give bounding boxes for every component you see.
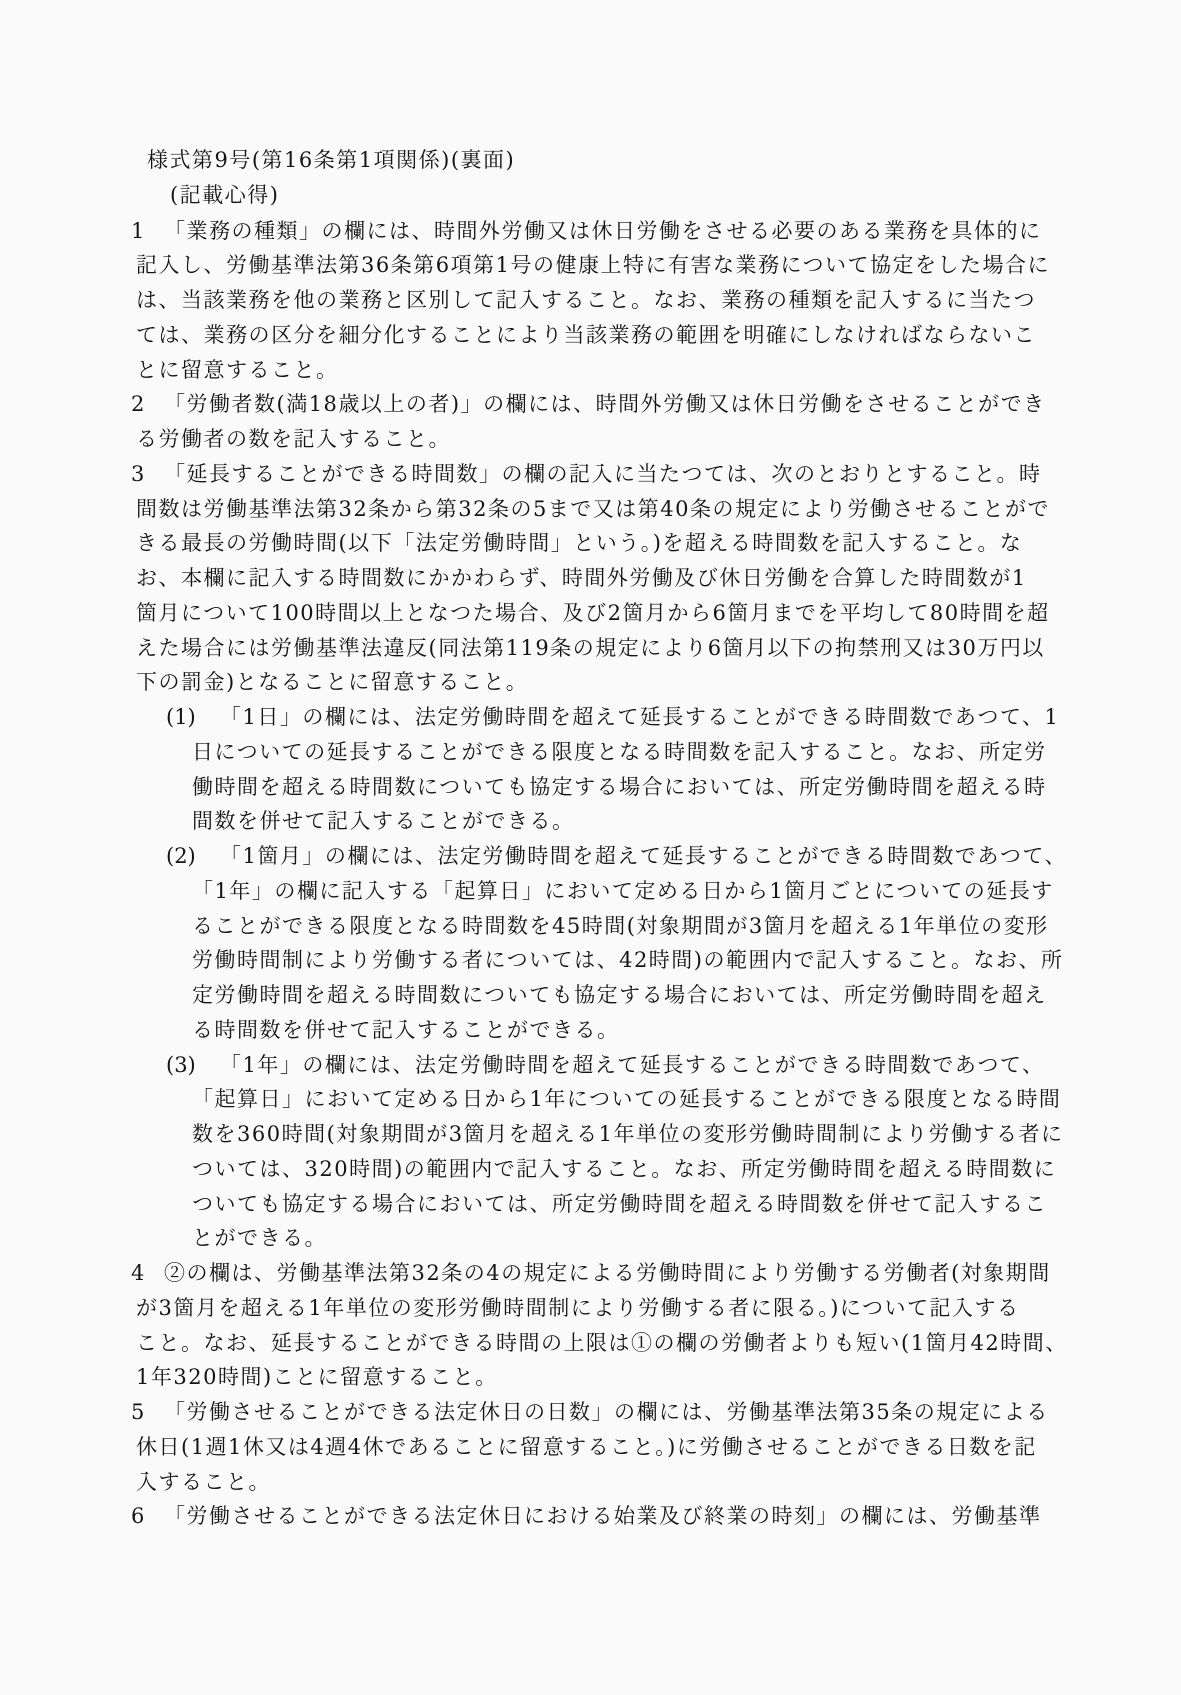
list-item-line: 数を360時間(対象期間が3箇月を超える1年単位の変形労働時間制により労働する者… xyxy=(192,1117,1145,1152)
notes-heading: (記載心得) xyxy=(170,178,1145,213)
list-item-line: 働時間を超える時間数についても協定する場合においては、所定労働時間を超える時 xyxy=(192,770,1145,805)
item-text: 「業務の種類」の欄には、時間外労働又は休日労働をさせる必要のある業務を具体的に xyxy=(164,219,1042,243)
list-item-line: 1年320時間)ことに留意すること。 xyxy=(136,1360,1145,1395)
list-item: (1)「1日」の欄には、法定労働時間を超えて延長することができる時間数であつて、… xyxy=(166,700,1145,735)
item-text: 「労働させることができる法定休日の日数」の欄には、労働基準法第35条の規定による xyxy=(164,1400,1049,1424)
item-marker: 3 xyxy=(131,457,164,492)
item-text: 「労働者数(満18歳以上の者)」の欄には、時間外労働又は休日労働をさせることがで… xyxy=(164,392,1046,416)
list-item: 6「労働させることができる法定休日における始業及び終業の時刻」の欄には、労働基準 xyxy=(131,1499,1145,1534)
list-item-line: お、本欄に記入する時間数にかかわらず、時間外労働及び休日労働を合算した時間数が1 xyxy=(136,561,1145,596)
list-item-line: 休日(1週1休又は4週4休であることに留意すること。)に労働させることができる日… xyxy=(136,1430,1145,1465)
item-marker: 5 xyxy=(131,1395,164,1430)
list-item-line: 入すること。 xyxy=(136,1465,1145,1500)
item-marker: 2 xyxy=(131,387,164,422)
item-text: ②の欄は、労働基準法第32条の4の規定による労働時間により労働する労働者(対象期… xyxy=(164,1261,1051,1285)
list-item: 5「労働させることができる法定休日の日数」の欄には、労働基準法第35条の規定によ… xyxy=(131,1395,1145,1430)
list-item: 3「延長することができる時間数」の欄の記入に当たつては、次のとおりとすること。時 xyxy=(131,457,1145,492)
item-marker: (2) xyxy=(166,839,220,874)
list-item-line: ついては、320時間)の範囲内で記入すること。なお、所定労働時間を超える時間数に xyxy=(192,1152,1145,1187)
list-item-line: 定労働時間を超える時間数についても協定する場合においては、所定労働時間を超え xyxy=(192,978,1145,1013)
item-text: 「1箇月」の欄には、法定労働時間を超えて延長することができる時間数であつて、 xyxy=(220,844,1067,868)
list-item: (3)「1年」の欄には、法定労働時間を超えて延長することができる時間数であつて、 xyxy=(166,1048,1145,1083)
list-item-line: 日についての延長することができる限度となる時間数を記入すること。なお、所定労 xyxy=(192,735,1145,770)
list-item-line: 下の罰金)となることに留意すること。 xyxy=(136,665,1145,700)
list-item-line: る労働者の数を記入すること。 xyxy=(136,422,1145,457)
item-marker: 4 xyxy=(131,1256,164,1291)
list-item-line: こと。なお、延長することができる時間の上限は①の欄の労働者よりも短い(1箇月42… xyxy=(136,1326,1145,1361)
list-item-line: ついても協定する場合においては、所定労働時間を超える時間数を併せて記入するこ xyxy=(192,1187,1145,1222)
list-item-line: とができる。 xyxy=(192,1221,1145,1256)
instruction-list: 1「業務の種類」の欄には、時間外労働又は休日労働をさせる必要のある業務を具体的に… xyxy=(131,214,1145,1535)
item-text: 「1年」の欄には、法定労働時間を超えて延長することができる時間数であつて、 xyxy=(220,1053,1044,1077)
item-marker: (1) xyxy=(166,700,220,735)
list-item: (2)「1箇月」の欄には、法定労働時間を超えて延長することができる時間数であつて… xyxy=(166,839,1145,874)
item-text: 「延長することができる時間数」の欄の記入に当たつては、次のとおりとすること。時 xyxy=(164,462,1042,486)
list-item: 1「業務の種類」の欄には、時間外労働又は休日労働をさせる必要のある業務を具体的に xyxy=(131,214,1145,249)
item-text: 「労働させることができる法定休日における始業及び終業の時刻」の欄には、労働基準 xyxy=(164,1504,1042,1528)
list-item-line: 箇月について100時間以上となつた場合、及び2箇月から6箇月までを平均して80時… xyxy=(136,596,1145,631)
list-item-line: えた場合には労働基準法違反(同法第119条の規定により6箇月以下の拘禁刑又は30… xyxy=(136,631,1145,666)
list-item-line: ることができる限度となる時間数を45時間(対象期間が3箇月を超える1年単位の変形 xyxy=(192,909,1145,944)
list-item-line: る時間数を併せて記入することができる。 xyxy=(192,1013,1145,1048)
list-item-line: きる最長の労働時間(以下「法定労働時間」という。)を超える時間数を記入すること。… xyxy=(136,526,1145,561)
form-title: 様式第9号(第16条第1項関係)(裏面) xyxy=(147,143,1145,178)
list-item-line: 間数を併せて記入することができる。 xyxy=(192,804,1145,839)
list-item-line: 間数は労働基準法第32条から第32条の5まで又は第40条の規定により労働させるこ… xyxy=(136,492,1145,527)
list-item-line: 労働時間制により労働する者については、42時間)の範囲内で記入すること。なお、所 xyxy=(192,943,1145,978)
item-marker: 6 xyxy=(131,1499,164,1534)
list-item-line: とに留意すること。 xyxy=(136,353,1145,388)
list-item-line: 記入し、労働基準法第36条第6項第1号の健康上特に有害な業務について協定をした場… xyxy=(136,248,1145,283)
document-page: 様式第9号(第16条第1項関係)(裏面) (記載心得) 1「業務の種類」の欄には… xyxy=(0,0,1181,1695)
item-marker: 1 xyxy=(131,214,164,249)
list-item: 2「労働者数(満18歳以上の者)」の欄には、時間外労働又は休日労働をさせることが… xyxy=(131,387,1145,422)
list-item-line: 「起算日」において定める日から1年についての延長することができる限度となる時間 xyxy=(192,1082,1145,1117)
item-text: 「1日」の欄には、法定労働時間を超えて延長することができる時間数であつて、1 xyxy=(220,705,1059,729)
list-item: 4②の欄は、労働基準法第32条の4の規定による労働時間により労働する労働者(対象… xyxy=(131,1256,1145,1291)
list-item-line: ては、業務の区分を細分化することにより当該業務の範囲を明確にしなければならないこ xyxy=(136,318,1145,353)
list-item-line: 「1年」の欄に記入する「起算日」において定める日から1箇月ごとについての延長す xyxy=(192,874,1145,909)
list-item-line: が3箇月を超える1年単位の変形労働時間制により労働する者に限る。)について記入す… xyxy=(136,1291,1145,1326)
item-marker: (3) xyxy=(166,1048,220,1083)
list-item-line: は、当該業務を他の業務と区別して記入すること。なお、業務の種類を記入するに当たつ xyxy=(136,283,1145,318)
